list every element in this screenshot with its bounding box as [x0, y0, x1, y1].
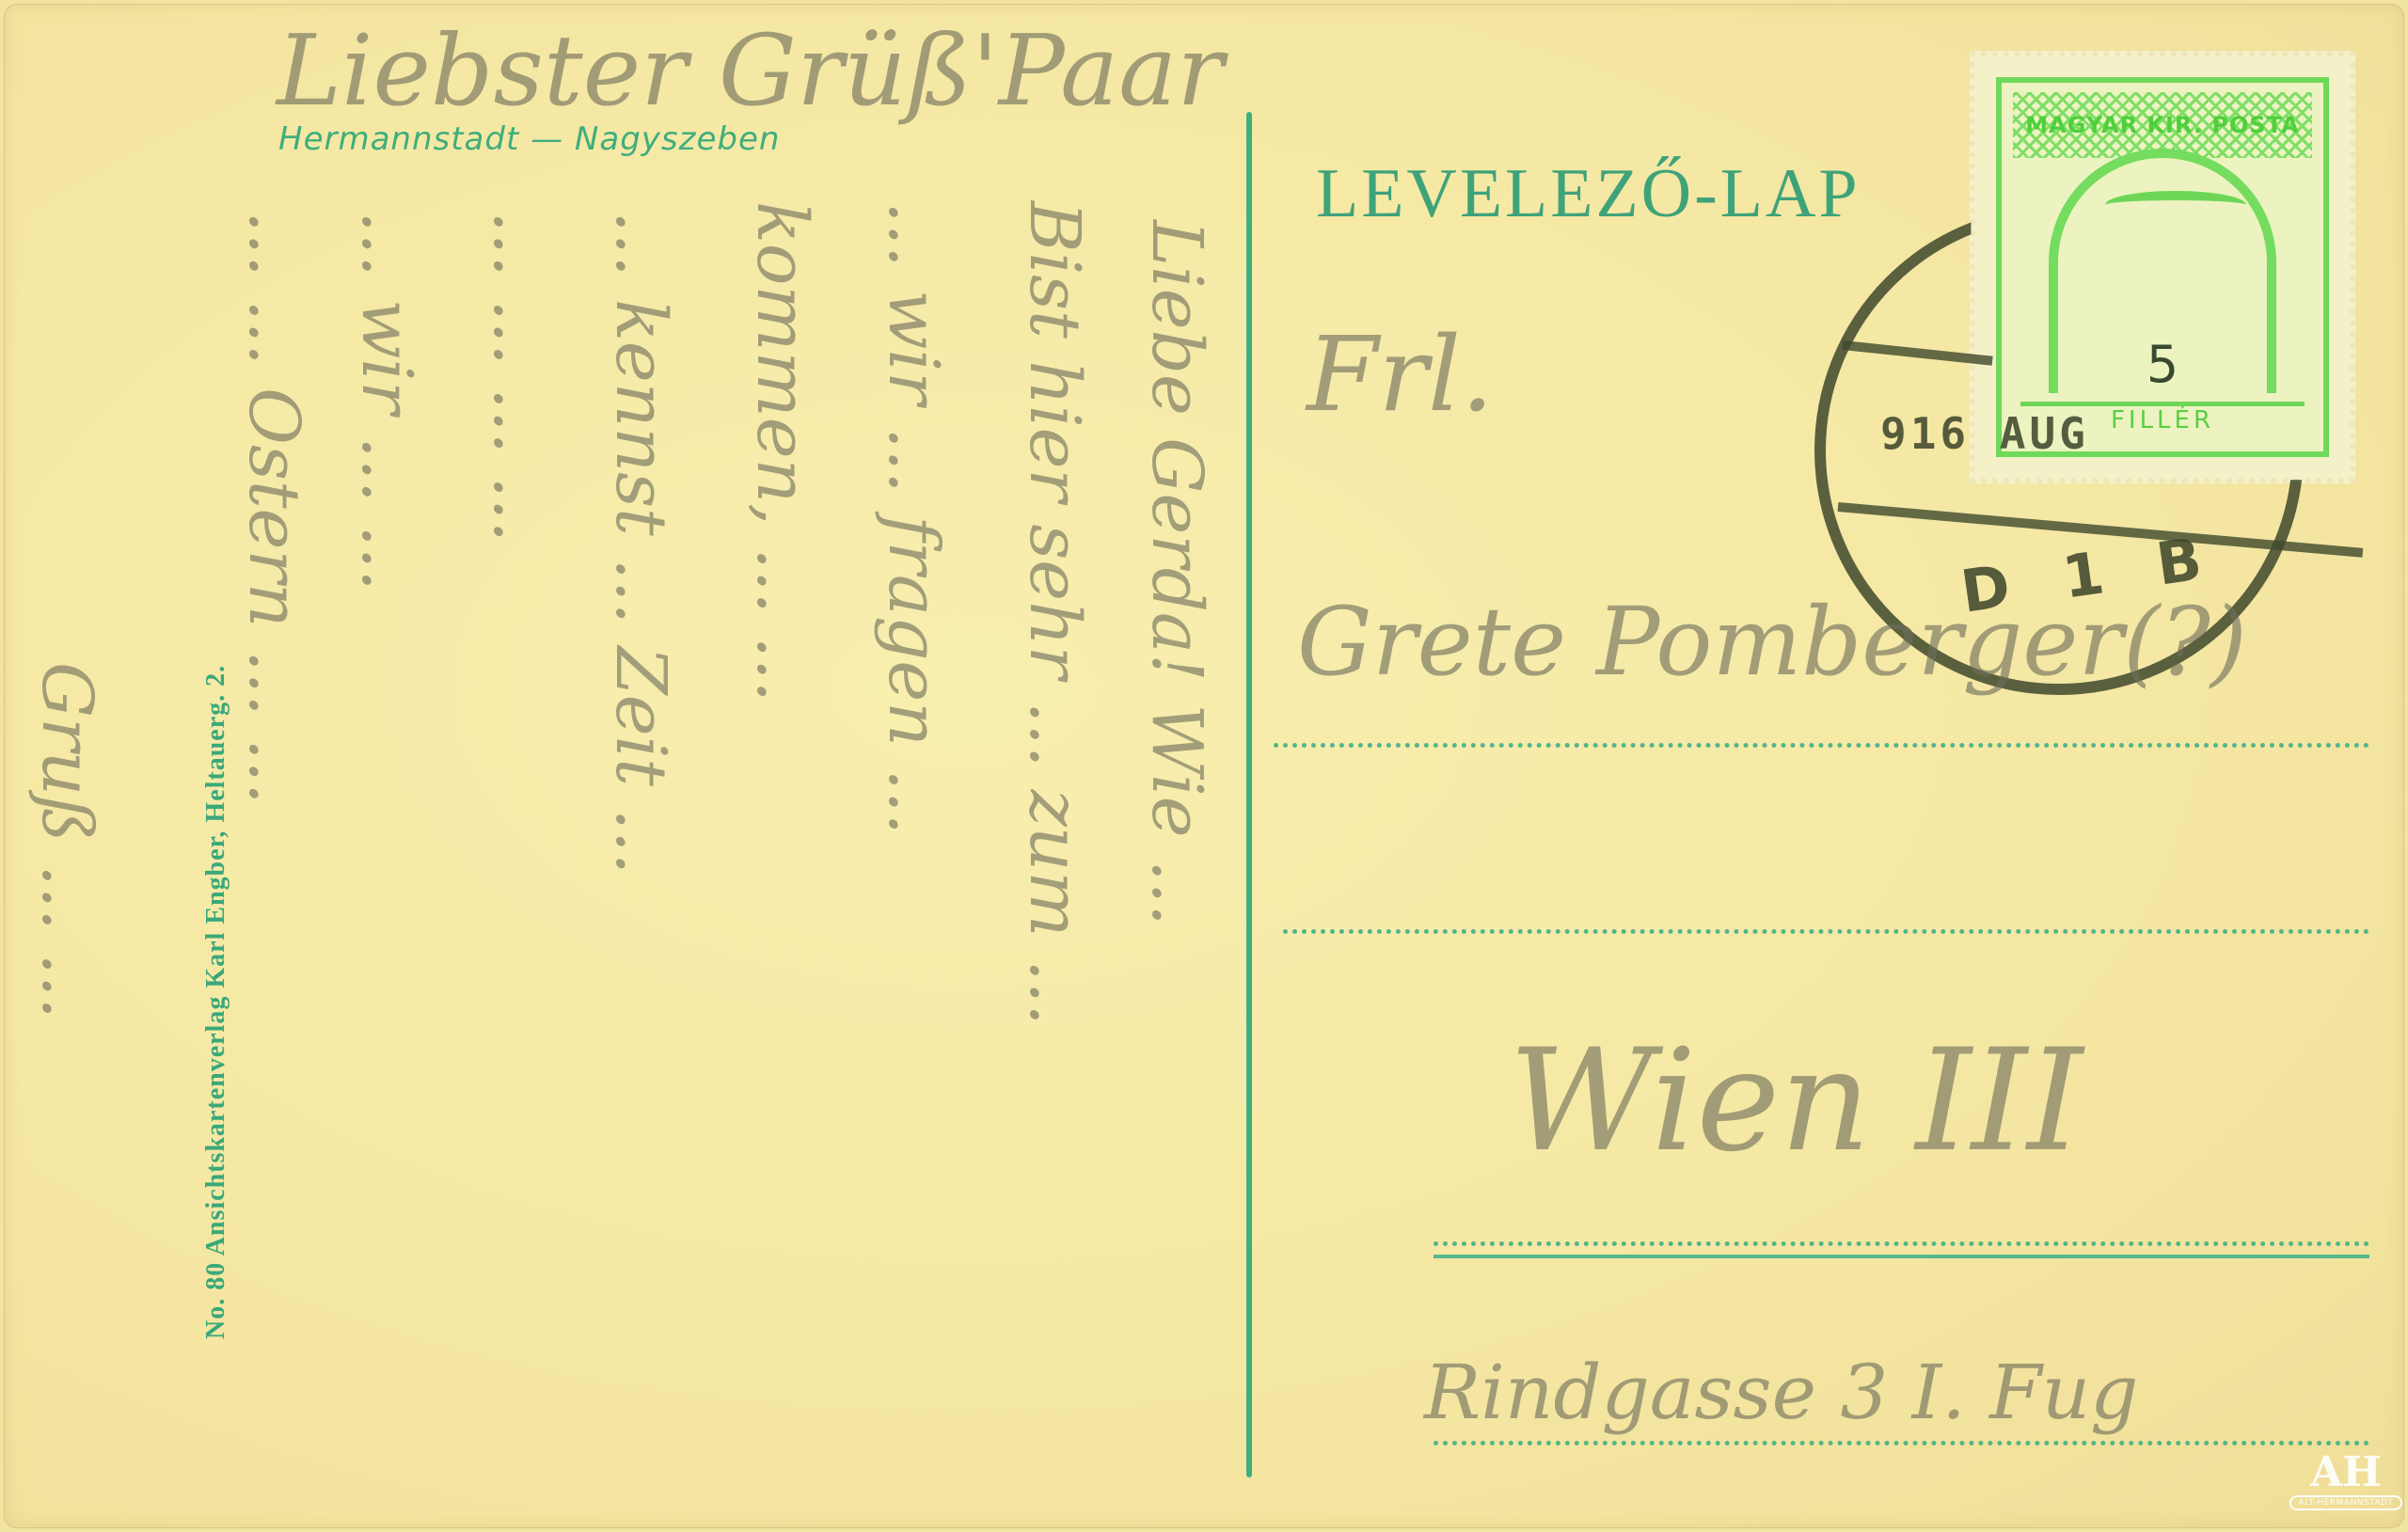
message-line: ... kennst ... Zeit ...: [600, 211, 681, 875]
watermark: AH ALT-HERMANNSTADT: [2289, 1452, 2402, 1510]
stamp-frame: MAGYAR KIR. POSTA 5 FILLÉR: [1996, 77, 2329, 457]
message-line: Gruß ... ...: [26, 662, 107, 1019]
address-line-4: [1434, 1441, 2369, 1445]
message-line: kommen, ... ...: [741, 201, 822, 703]
stamp-value: 5: [2002, 335, 2323, 394]
center-divider-line: [1246, 112, 1252, 1477]
address-city: Wien III: [1509, 1019, 2083, 1183]
message-line: ... wir ... fragen ...: [873, 201, 954, 835]
publisher-imprint: No. 80 Ansichtskartenverlag Karl Engber,…: [201, 665, 231, 1339]
address-line-2: [1283, 929, 2369, 934]
message-line: ... ... ... ...: [478, 211, 559, 543]
turul-bird-icon: [2105, 191, 2246, 219]
message-header: Liebster Grüß'Paar: [277, 13, 1224, 128]
watermark-logo: AH: [2289, 1452, 2402, 1493]
address-line-3a: [1434, 1241, 2369, 1246]
address-line-1: [1274, 743, 2369, 748]
address-salutation: Frl.: [1307, 314, 1494, 434]
message-line: Liebe Gerda! Wie ...: [1136, 220, 1217, 926]
address-line-3b: [1434, 1255, 2369, 1258]
address-name: Grete Pomberger(?): [1297, 587, 2247, 697]
message-line: Bist hier sehr ... zum ...: [1014, 201, 1095, 1026]
card-heading: LEVELEZŐ-LAP: [1316, 154, 1861, 234]
watermark-text: ALT-HERMANNSTADT: [2289, 1495, 2402, 1510]
message-line: ... ... Ostern ... ...: [233, 211, 314, 805]
address-street: Rindgasse 3 I. Fug: [1424, 1349, 2138, 1436]
postcard-back: Hermannstadt — Nagyszeben LEVELEZŐ-LAP N…: [4, 4, 2404, 1528]
message-line: ... wir ... ...: [346, 211, 427, 592]
postmark-date: 916 AUG: [1880, 408, 2089, 459]
